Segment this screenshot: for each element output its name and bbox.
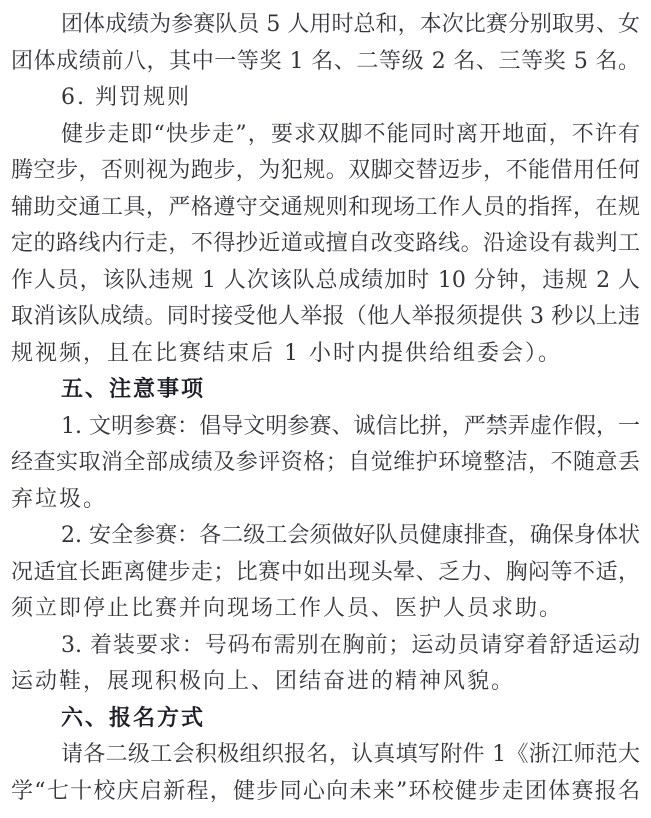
para-safety-2: 况适宜长距离健步走；比赛中如出现头晕、乏力、胸闷等不适， (11, 555, 640, 592)
para-penalty-line-6: 取消该队成绩。同时接受他人举报（他人举报须提供 3 秒以上违 (11, 299, 640, 336)
para-dress-code-1: 3. 着装要求：号码布需别在胸前；运动员请穿着舒适运动服、 (11, 628, 640, 665)
document-page: 团体成绩为参赛队员 5 人用时总和，本次比赛分别取男、女 团体成绩前八，其中一等… (0, 0, 651, 818)
para-team-score-line-1: 团体成绩为参赛队员 5 人用时总和，本次比赛分别取男、女 (11, 7, 640, 44)
para-civilized-participation-1: 1. 文明参赛：倡导文明参赛、诚信比拼，严禁弄虚作假，一 (11, 409, 640, 446)
para-civilized-participation-2: 经查实取消全部成绩及参评资格；自觉维护环境整洁，不随意丢 (11, 445, 640, 482)
para-penalty-line-2: 腾空步，否则视为跑步，为犯规。双脚交替迈步，不能借用任何 (11, 153, 640, 190)
para-registration-1: 请各二级工会积极组织报名，认真填写附件 1《浙江师范大 (11, 737, 640, 774)
para-penalty-line-7: 规视频，且在比赛结束后 1 小时内提供给组委会）。 (11, 336, 640, 373)
subheading-penalty-rules: 6. 判罚规则 (11, 80, 640, 117)
para-penalty-line-4: 定的路线内行走，不得抄近道或擅自改变路线。沿途设有裁判工 (11, 226, 640, 263)
para-team-score-line-2: 团体成绩前八，其中一等奖 1 名、二等级 2 名、三等奖 5 名。 (11, 44, 640, 81)
para-penalty-line-1: 健步走即“快步走”，要求双脚不能同时离开地面，不许有 (11, 117, 640, 154)
para-civilized-participation-3: 弃垃圾。 (11, 482, 640, 519)
para-safety-3: 须立即停止比赛并向现场工作人员、医护人员求助。 (11, 591, 640, 628)
para-registration-2: 学“七十校庆启新程，健步同心向未来”环校健步走团体赛报名 (11, 774, 640, 811)
para-penalty-line-3: 辅助交通工具，严格遵守交通规则和现场工作人员的指挥，在规 (11, 190, 640, 227)
section-heading-notes: 五、注意事项 (11, 372, 640, 409)
para-safety-1: 2. 安全参赛：各二级工会须做好队员健康排查，确保身体状 (11, 518, 640, 555)
section-heading-registration: 六、报名方式 (11, 701, 640, 738)
para-dress-code-2: 运动鞋，展现积极向上、团结奋进的精神风貌。 (11, 664, 640, 701)
para-penalty-line-5: 作人员，该队违规 1 人次该队总成绩加时 10 分钟，违规 2 人次， (11, 263, 640, 300)
